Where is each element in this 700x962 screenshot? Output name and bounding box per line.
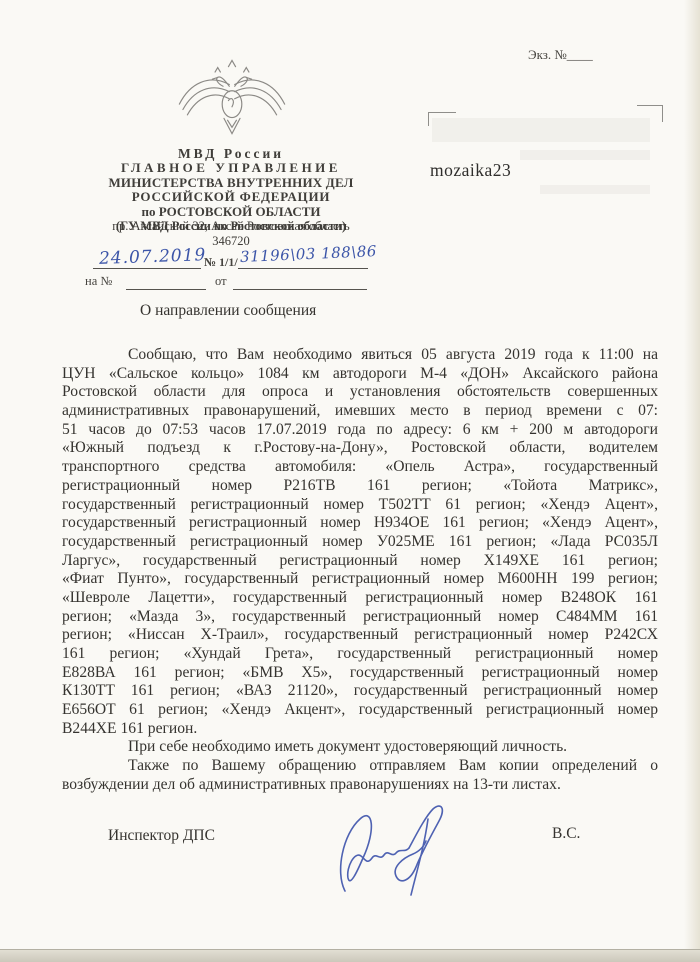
scan-edge-bottom: [0, 949, 700, 962]
reply-to-number-label: на №: [85, 274, 112, 289]
body-line: При себе необходимо иметь документ удост…: [62, 738, 658, 757]
org-name-line: ГЛАВНОЕ УПРАВЛЕНИЕ: [78, 161, 384, 176]
org-name-line: РОССИЙСКОЙ ФЕДЕРАЦИИ: [78, 190, 384, 205]
scanned-letter-page: Экз. №____ mozaika23 МВД России: [0, 0, 700, 962]
number-underline: [238, 268, 368, 269]
copy-number-label: Экз. №____: [528, 47, 593, 63]
recipient-address-zone: [432, 118, 650, 142]
signer-position: Инспектор ДПС: [108, 827, 215, 845]
body-line: Сообщаю, что Вам необходимо явиться 05 а…: [62, 346, 658, 365]
handwritten-signature-icon: [315, 790, 465, 913]
outgoing-number-prefix: № 1/1/: [204, 255, 238, 270]
org-name-line: МВД России: [78, 146, 384, 161]
scan-smudge: [520, 150, 650, 160]
subject-line: О направлении сообщения: [140, 302, 316, 320]
body-line: «Южный подъезд к г.Ростову-на-Дону», Рос…: [62, 439, 658, 458]
body-line: «Шевроле Лацетти», государственный регис…: [62, 589, 658, 608]
body-line: Также по Вашему обращению отправляем Вам…: [62, 757, 658, 776]
body-line: Ростовской области для опроса и установл…: [62, 383, 658, 402]
handwritten-date: 24.07.2019: [99, 245, 207, 269]
org-name-line: по РОСТОВСКОЙ ОБЛАСТИ: [78, 205, 384, 220]
body-line: К130ТТ 161 регион; «ВАЗ 21120», государс…: [62, 682, 658, 701]
corner-bracket-right: [637, 105, 663, 122]
signer-initials: В.С.: [552, 825, 580, 843]
reply-number-underline: [126, 289, 206, 290]
scan-edge-right: [684, 0, 700, 962]
body-line: «Фиат Пунто», государственный регистраци…: [62, 570, 658, 589]
body-line: государственный регистрационный номер Н9…: [62, 514, 658, 533]
corner-bracket-left: [428, 112, 456, 126]
address-line: пр. Аксайский 32, Аксай Ростовская облас…: [78, 219, 384, 234]
body-line: регистрационный номер Р216ТВ 161 регион;…: [62, 477, 658, 496]
recipient-name: mozaika23: [430, 160, 511, 181]
body-line: 51 часов до 07:53 часов 17.07.2019 года …: [62, 421, 658, 440]
org-name-line: МИНИСТЕРСТВА ВНУТРЕННИХ ДЕЛ: [78, 176, 384, 191]
body-line: административных правонарушений, имевших…: [62, 402, 658, 421]
reply-from-label: от: [215, 274, 227, 289]
body-line: Е828ВА 161 регион; «БМВ Х5», государстве…: [62, 664, 658, 683]
mvd-eagle-emblem-icon: [174, 54, 290, 145]
body-line: 161 регион; «Хундай Грета», государствен…: [62, 645, 658, 664]
body-line: регион; «Мазда 3», государственный регис…: [62, 608, 658, 627]
reply-date-underline: [233, 289, 367, 290]
scan-smudge: [540, 185, 650, 194]
body-line: государственный регистрационный номер У0…: [62, 533, 658, 552]
body-line: В244ХЕ 161 регион.: [62, 720, 658, 739]
body-line: регион; «Ниссан Х-Траил», государственны…: [62, 626, 658, 645]
date-underline: [93, 268, 201, 269]
letter-body: Сообщаю, что Вам необходимо явиться 05 а…: [62, 346, 658, 795]
body-line: транспортного средства автомобиля: «Опел…: [62, 458, 658, 477]
body-line: Е656ОТ 61 регион; «Хендэ Акцент», госуда…: [62, 701, 658, 720]
body-line: Ларгус», государственный регистрационный…: [62, 552, 658, 571]
body-line: ЦУН «Сальское кольцо» 1084 км автодороги…: [62, 365, 658, 384]
body-line: государственный регистрационный номер Т5…: [62, 496, 658, 515]
